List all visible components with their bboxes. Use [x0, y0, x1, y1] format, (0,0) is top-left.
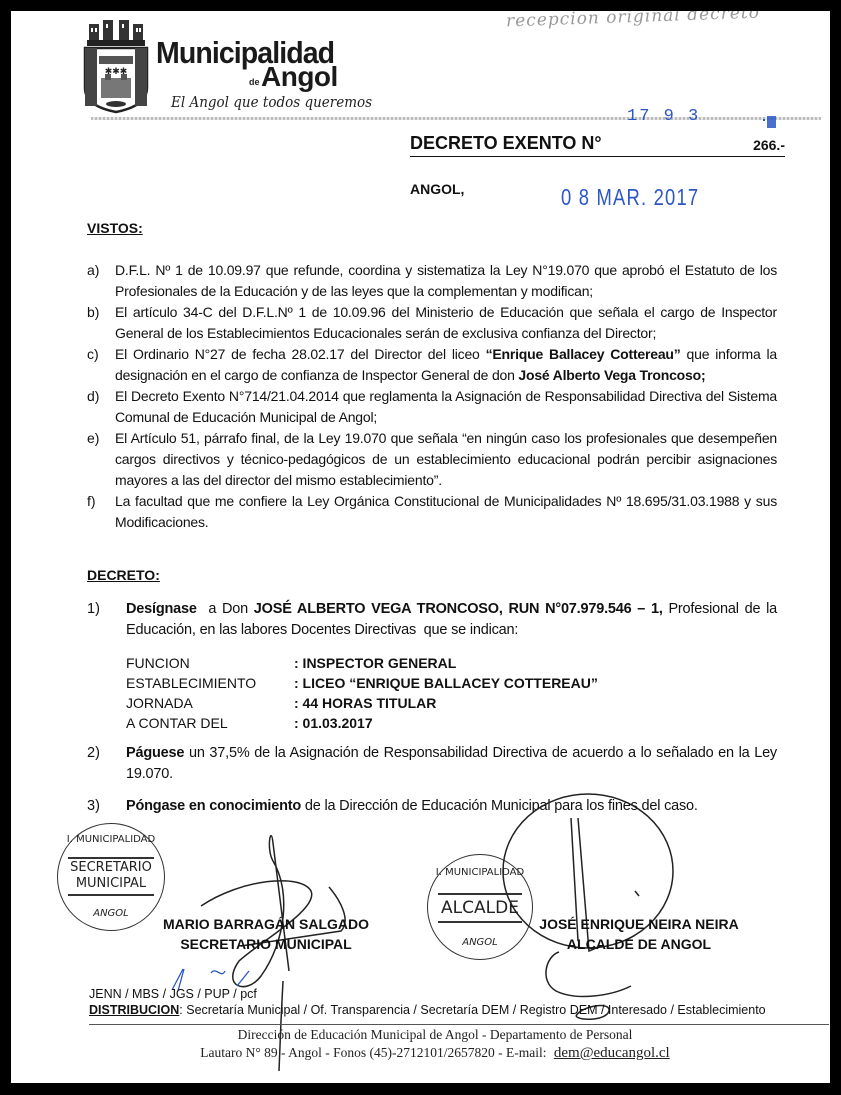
vistos-list: a)D.F.L. Nº 1 de 10.09.97 que refunde, c… — [87, 260, 777, 533]
vistos-item: f)La facultad que me confiere la Ley Org… — [87, 491, 777, 533]
decree-document-page: ✱✱✱ Municipalidad de Angol El Angol que … — [11, 11, 830, 1083]
distribution-line: DISTRIBUCION: Secretaría Municipal / Of.… — [89, 1003, 766, 1017]
secretary-signer: MARIO BARRAGÁN SALGADO SECRETARIO MUNICI… — [156, 914, 376, 954]
decreto-item-label: 1) — [87, 599, 126, 641]
vistos-item-text: D.F.L. Nº 1 de 10.09.97 que refunde, coo… — [115, 260, 777, 302]
mayor-seal: I. MUNICIPALIDAD ALCALDE ANGOL — [427, 854, 533, 960]
vistos-item: a)D.F.L. Nº 1 de 10.09.97 que refunde, c… — [87, 260, 777, 302]
assignment-value: : INSPECTOR GENERAL — [294, 653, 456, 673]
assignment-key: A CONTAR DEL — [126, 713, 294, 733]
secretary-role: SECRETARIO MUNICIPAL — [156, 934, 376, 954]
decreto-item-label: 2) — [87, 743, 126, 785]
decree-title-label: DECRETO EXENTO N° — [410, 133, 602, 153]
secretary-name: MARIO BARRAGÁN SALGADO — [156, 914, 376, 934]
decreto-item-text: Páguese un 37,5% de la Asignación de Res… — [126, 743, 777, 785]
assignment-table: FUNCION: INSPECTOR GENERAL ESTABLECIMIEN… — [126, 653, 777, 733]
vistos-item-label: c) — [87, 344, 115, 386]
assignment-row: ESTABLECIMIENTO: LICEO “ENRIQUE BALLACEY… — [126, 673, 777, 693]
decree-city: ANGOL, — [410, 181, 464, 197]
assignment-row: A CONTAR DEL: 01.03.2017 — [126, 713, 777, 733]
vistos-item-text: El artículo 34-C del D.F.L.Nº 1 de 10.09… — [115, 302, 777, 344]
decreto-item-text: Póngase en conocimiento de la Dirección … — [126, 796, 777, 817]
assignment-row: JORNADA: 44 HORAS TITULAR — [126, 693, 777, 713]
footer-contact: Lautaro N° 89 - Angol - Fonos (45)-27121… — [89, 1045, 781, 1062]
assignment-value: : 44 HORAS TITULAR — [294, 693, 436, 713]
secretary-seal: I. MUNICIPALIDAD SECRETARIO MUNICIPAL AN… — [57, 823, 165, 931]
mayor-role: ALCALDE DE ANGOL — [529, 934, 749, 954]
decreto-item: 2)Páguese un 37,5% de la Asignación de R… — [87, 743, 777, 785]
vistos-item-label: e) — [87, 428, 115, 491]
decreto-item: 3)Póngase en conocimiento de la Direcció… — [87, 796, 777, 817]
footer-address: Lautaro N° 89 - Angol - Fonos (45)-27121… — [200, 1045, 546, 1060]
footer-divider — [89, 1024, 829, 1025]
stamp-mark-icon — [763, 115, 777, 129]
mayor-name: JOSÉ ENRIQUE NEIRA NEIRA — [529, 914, 749, 934]
seal-bottom-text: ANGOL — [428, 937, 532, 948]
vistos-heading: VISTOS: — [87, 220, 143, 236]
seal-line1: ALCALDE — [428, 898, 532, 918]
registration-stamp-number: 17 9 3 — [627, 107, 700, 126]
vistos-item-label: a) — [87, 260, 115, 302]
assignment-value: : LICEO “ENRIQUE BALLACEY COTTEREAU” — [294, 673, 598, 693]
assignment-row: FUNCION: INSPECTOR GENERAL — [126, 653, 777, 673]
brand-preposition: de — [249, 77, 260, 87]
seal-top-text: I. MUNICIPALIDAD — [428, 867, 532, 878]
seal-line2: MUNICIPAL — [58, 876, 164, 891]
responsible-initials: JENN / MBS / JGS / PUP / pcf — [89, 987, 257, 1001]
seal-top-text: I. MUNICIPALIDAD — [58, 834, 164, 845]
vistos-item-text: El Artículo 51, párrafo final, de la Ley… — [115, 428, 777, 491]
seal-line1: SECRETARIO — [58, 860, 164, 875]
vistos-item: b)El artículo 34-C del D.F.L.Nº 1 de 10.… — [87, 302, 777, 344]
decreto-item-label: 3) — [87, 796, 126, 817]
distribution-label: DISTRIBUCION — [89, 1003, 179, 1017]
decree-title: DECRETO EXENTO N° 266.- — [410, 133, 785, 157]
footer-department: Dirección de Educación Municipal de Ango… — [89, 1027, 781, 1043]
slogan: El Angol que todos queremos — [171, 93, 372, 111]
assignment-key: ESTABLECIMIENTO — [126, 673, 294, 693]
vistos-item: e)El Artículo 51, párrafo final, de la L… — [87, 428, 777, 491]
handwritten-note: recepcion original decreto — [506, 11, 761, 31]
decreto-list: 1)Desígnase a Don JOSÉ ALBERTO VEGA TRON… — [87, 599, 777, 817]
vistos-item-label: b) — [87, 302, 115, 344]
vistos-item-label: f) — [87, 491, 115, 533]
header-divider — [91, 117, 821, 120]
seal-bottom-text: ANGOL — [58, 908, 164, 919]
vistos-item: d)El Decreto Exento N°714/21.04.2014 que… — [87, 386, 777, 428]
decree-number: 266.- — [753, 137, 785, 153]
vistos-item-text: El Ordinario N°27 de fecha 28.02.17 del … — [115, 344, 777, 386]
vistos-item-text: El Decreto Exento N°714/21.04.2014 que r… — [115, 386, 777, 428]
assignment-key: FUNCION — [126, 653, 294, 673]
vistos-item-text: La facultad que me confiere la Ley Orgán… — [115, 491, 777, 533]
footer-email-link[interactable]: dem@educangol.cl — [554, 1045, 670, 1061]
decreto-heading: DECRETO: — [87, 567, 160, 583]
mayor-signer: JOSÉ ENRIQUE NEIRA NEIRA ALCALDE DE ANGO… — [529, 914, 749, 954]
municipal-crest-logo: ✱✱✱ — [81, 14, 151, 114]
assignment-value: : 01.03.2017 — [294, 713, 373, 733]
vistos-item: c)El Ordinario N°27 de fecha 28.02.17 de… — [87, 344, 777, 386]
decreto-item-text: Desígnase a Don JOSÉ ALBERTO VEGA TRONCO… — [126, 599, 777, 641]
assignment-key: JORNADA — [126, 693, 294, 713]
brand-city: Angol — [261, 63, 338, 91]
date-stamp: 0 8 MAR. 2017 — [561, 184, 699, 211]
decreto-item: 1)Desígnase a Don JOSÉ ALBERTO VEGA TRON… — [87, 599, 777, 641]
distribution-list: : Secretaría Municipal / Of. Transparenc… — [179, 1003, 765, 1017]
vistos-item-label: d) — [87, 386, 115, 428]
